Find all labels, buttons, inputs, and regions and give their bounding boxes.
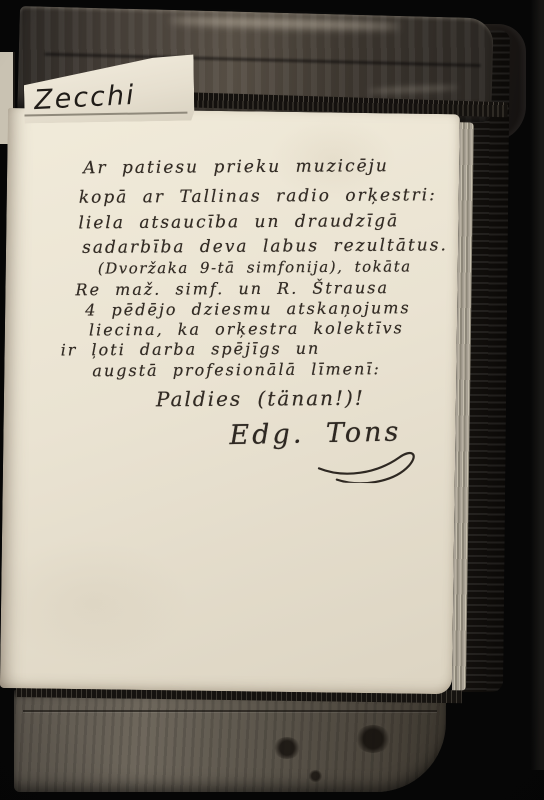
board-groove [45,53,481,67]
wood-knot [308,770,323,782]
wood-knot [355,725,391,753]
handwriting-line: sadarbība deva labus rezultātus. [82,235,448,258]
photograph-of-handwritten-letter: Ar patiesu prieku muzicēju kopā ar Talli… [0,0,544,800]
label-name-text: Zecchi [33,80,136,116]
handwriting-line: liela atsaucība un draudzīgā [78,211,399,233]
thanks-line: Paldies (tänan!)! [156,386,365,411]
letter-page: Ar patiesu prieku muzicēju kopā ar Talli… [0,108,460,694]
handwriting-line: kopā ar Tallinas radio orķestri: [79,185,437,207]
handwriting-line: liecina, ka orķestra kolektīvs [89,318,404,339]
bottom-wooden-board [14,690,446,792]
handwriting-line: ir ļoti darba spējīgs un [61,339,321,360]
signature-flourish [315,442,426,484]
handwriting-line: Ar patiesu prieku muzicēju [83,156,389,178]
handwriting-line: Re maž. simf. un R. Štrausa [75,278,389,299]
board-highlight [170,16,400,31]
photo-right-edge-light [530,0,544,770]
board-highlight [368,84,458,94]
board-groove [23,710,438,712]
wood-knot [273,737,301,759]
handwriting-line: (Dvoržaka 9-tā simfonija), tokāta [98,257,412,277]
handwriting-line: 4 pēdējo dziesmu atskaņojums [85,298,411,319]
handwriting-line: augstā profesionālā līmenī: [92,359,381,380]
